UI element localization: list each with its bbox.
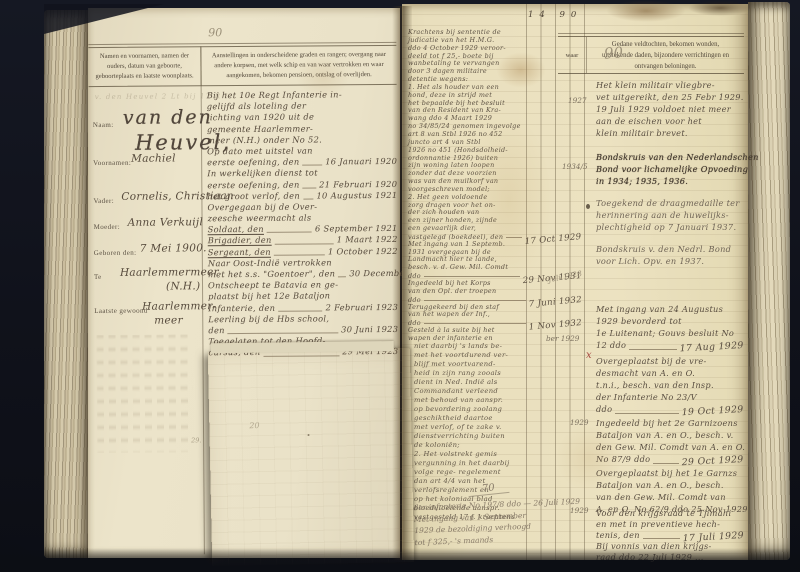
margin-year-7: 1929 bbox=[570, 418, 589, 427]
te-value-line1: Haarlemmermeer bbox=[120, 266, 219, 279]
sentence-text-line: 1926 no 451 (Hondsdolheid- bbox=[408, 146, 582, 154]
sentence-text-line: hond, deze in strijd met bbox=[408, 91, 582, 99]
sentence-text-line: op bevordering zoolang bbox=[414, 405, 566, 414]
sentence-text-line: Commandant verleend bbox=[414, 387, 566, 396]
entry-line: Bond voor lichamelijke Opvoeding bbox=[596, 164, 744, 176]
sentence-text-line: judicatie van het H.M.G. bbox=[408, 36, 582, 44]
sentence-text-line: volge rege- regelement bbox=[414, 468, 566, 477]
bottom-pencil-notes: der infanterie No 197/8 ddo — 26 Juli 19… bbox=[413, 495, 633, 549]
entry-line: Bataljon van A. en O., besch. v. bbox=[596, 430, 744, 442]
left-page-stack-edge bbox=[44, 10, 90, 558]
sentence-text-line: wang ddo 4 Maart 1929 bbox=[408, 114, 582, 122]
sentence-text-line: ddo 4 October 1929 veroor- bbox=[408, 44, 582, 52]
sentence-text-line: met behoud van aanspr. bbox=[414, 396, 566, 405]
entry-indeling-garnizoensbataljon: Ingedeeld bij het 2e GarnizoensBataljon … bbox=[596, 418, 744, 466]
geboren-label: Geboren den: bbox=[94, 249, 137, 257]
entry-line: Overgeplaatst bij het 1e Garnzs bbox=[596, 468, 744, 480]
sentence-text-line: een zijner honden, zijnde bbox=[408, 216, 582, 224]
sentence-text-line: besch. v. d. Gew. Mil. Comdt bbox=[408, 263, 582, 271]
inserted-loose-sheet: 20 bbox=[208, 348, 414, 566]
sentence-text-line: zorg dragen voor het on- bbox=[408, 201, 582, 209]
sentence-text-line: van den Resident van Kra- bbox=[408, 106, 582, 114]
small-margin-mark: 29. bbox=[191, 436, 201, 444]
entry-line: der Infanterie No 23/V bbox=[596, 392, 744, 404]
entry-overplaatsing-vredesmacht: Overgeplaatst bij de vre-desmacht van A.… bbox=[596, 356, 744, 416]
entry-line: klein militair brevet. bbox=[596, 128, 744, 140]
laatste-gewoond-line1: Haarlemmer- bbox=[142, 300, 216, 313]
award-entry-medaille: Toegekend de draagmedaille terherinnerin… bbox=[596, 198, 744, 234]
entry-promotion-luitenant: Met ingang van 24 Augustus1929 bevorderd… bbox=[596, 304, 744, 352]
sentence-text-line: niet daarbij 's lands be- bbox=[414, 342, 566, 351]
sentence-text-line: van den Opl. der troepen bbox=[408, 287, 582, 295]
voornamen-value: Machiel bbox=[131, 152, 176, 164]
sentence-text-column-lower: niet daarbij 's lands be-met het voortdu… bbox=[414, 342, 566, 522]
sentence-text-line: ddo7 Juni 1932 bbox=[408, 295, 582, 303]
sentence-text-line: geschiktheid daartoe bbox=[414, 414, 566, 423]
sentence-text-line: met verlof, of te zake v. bbox=[414, 423, 566, 432]
naam-value-line1: van den bbox=[123, 106, 213, 129]
moeder-label: Moeder: bbox=[94, 223, 121, 231]
sheet-speck bbox=[308, 434, 310, 436]
laatste-gewoond-label: Laatste gewoond bbox=[94, 307, 148, 315]
entry-line: raad ddo 22 Juli 1929 ... bbox=[596, 552, 744, 563]
voornamen-label: Voornamen: bbox=[93, 159, 131, 167]
header-names-column: Namen en voornamen, namen der ouders, da… bbox=[88, 47, 200, 86]
entry-line: Ingedeeld bij het 2e Garnizoens bbox=[596, 418, 744, 430]
entry-line: Toegekend de draagmedaille ter bbox=[596, 198, 744, 210]
te-value-line2: (N.H.) bbox=[166, 280, 200, 292]
sentence-text-line: 2. Het geen voldoende bbox=[408, 193, 582, 201]
red-cross-mark: x bbox=[586, 350, 592, 361]
entry-line: ddo19 Oct 1929 bbox=[596, 404, 744, 416]
sentence-text-line: dient in Ned. Indië als bbox=[414, 378, 566, 387]
sentence-text-line: detentie wegens: bbox=[408, 75, 582, 83]
sentence-text-line: ordonnantie 1926) buiten bbox=[408, 154, 582, 162]
sentence-text-line: juncto art 4 van Stbl bbox=[408, 138, 582, 146]
entry-line: Bij vonnis van dien krijgs- bbox=[596, 541, 744, 552]
sentence-text-line: zonder dat deze voorzien bbox=[408, 169, 582, 177]
vader-label: Vader: bbox=[93, 197, 114, 205]
entry-line: 19 Juli 1929 voldoet niet meer bbox=[596, 104, 744, 116]
sheet-pencil-mark: 20 bbox=[249, 421, 259, 430]
margin-year-2: 1934/5 bbox=[562, 162, 588, 171]
sentence-text-line: art 8 van Stbl 1926 no 452 bbox=[408, 130, 582, 138]
left-page-header-row: Namen en voornamen, namen der ouders, da… bbox=[88, 45, 396, 87]
award-entry-bondskruis: Bondskruis van den NederlandschenBond vo… bbox=[596, 152, 744, 188]
sentence-text-line: blijf met voortvarend- bbox=[414, 360, 566, 369]
sentence-text-line: wanbetaling te vervangen bbox=[408, 59, 582, 67]
sentence-text-column: Krachtens bij sententie dejudicatie van … bbox=[408, 28, 582, 342]
award-entry-bondskruis-1937: Bondskruis v. den Nedrl. Bondvoor Lich. … bbox=[596, 244, 744, 268]
entry-line: vet uitgereikt, den 25 Febr 1929. bbox=[596, 92, 744, 104]
sentence-text-line: een gevaarlijk dier, bbox=[408, 224, 582, 232]
margin-year-1: 1927 bbox=[568, 96, 587, 105]
entry-line: Met ingang van 24 Augustus bbox=[596, 304, 744, 316]
sentence-text-line: heid in zijn rang zooals bbox=[414, 369, 566, 378]
entry-line: 1929 bevorderd tot bbox=[596, 316, 744, 328]
entry-line: 1e Luitenant; Gouvs besluit No bbox=[596, 328, 744, 340]
entry-line: herinnering aan de huwelijks- bbox=[596, 210, 744, 222]
entry-line: Overgeplaatst bij de vre- bbox=[596, 356, 744, 368]
ink-speck bbox=[586, 204, 590, 209]
sentence-text-line: ddo1 Nov 1932 bbox=[408, 318, 582, 326]
sentence-text-line: van het wapen der Inf., bbox=[408, 310, 582, 318]
sentence-text-line: voorgeschreven model; bbox=[408, 185, 582, 193]
sentence-text-line: 1931 overgegaan bij de bbox=[408, 248, 582, 256]
sentence-text-line: zijn woning laten loopen bbox=[408, 161, 582, 169]
sentence-text-line: 1. Het als houder van een bbox=[408, 83, 582, 91]
te-label: Te bbox=[94, 273, 102, 281]
sentence-text-line: 2. Het volstrekt gemis bbox=[414, 450, 566, 459]
sentence-text-line: no 34/85/24 genomen ingevolge bbox=[408, 122, 582, 130]
entry-line: t.n.i., besch. van den Insp. bbox=[596, 380, 744, 392]
entry-line: 12 ddo17 Aug 1929 bbox=[596, 340, 744, 352]
right-page-stack-edge bbox=[748, 2, 790, 560]
right-page: 14 90 waar Gedane veldtochten, bekomen w… bbox=[402, 4, 748, 560]
naam-label: Naam: bbox=[93, 121, 114, 129]
sentence-text-line: vastgelegd (boekdeel), den17 Oct 1929 bbox=[408, 232, 582, 240]
sentence-text-line: met het voortdurend ver- bbox=[414, 351, 566, 360]
entry-line: No 87/9 ddo29 Oct 1929 bbox=[596, 454, 744, 466]
laatste-gewoond-line2: meer bbox=[154, 314, 183, 326]
entry-line: desmacht van A. en O. bbox=[596, 368, 744, 380]
entry-line: in 1934; 1935, 1936. bbox=[596, 176, 744, 188]
right-page-number: 90 bbox=[603, 43, 623, 62]
entry-line: den Gew. Mil. Comdt van A. en O. bbox=[596, 442, 744, 454]
sentence-text-line: vergunning in het daarbij bbox=[414, 459, 566, 468]
moeder-value: Anna Verkuijl bbox=[128, 216, 204, 229]
header-appointments-column: Aanstellingen in onderscheidene graden e… bbox=[200, 46, 396, 85]
entry-line: voor Lich. Opv. en 1937. bbox=[596, 256, 744, 268]
entry-line: Bondskruis van den Nederlandschen bbox=[596, 152, 744, 164]
entry-line: Bondskruis v. den Nedrl. Bond bbox=[596, 244, 744, 256]
sentence-text-line: Landmacht hier te lande, bbox=[408, 255, 582, 263]
left-page-number: 90 bbox=[208, 26, 222, 39]
entry-line: plechtigheid op 7 Januari 1937. bbox=[596, 222, 744, 234]
sentence-text-line: het bepaalde bij het besluit bbox=[408, 99, 582, 107]
service-record-lines: Bij het 10e Regt Infanterie in-gelijfd a… bbox=[207, 89, 399, 359]
sentence-text-line: door 3 dagen militaire bbox=[408, 67, 582, 75]
book-scan-photo: 90 Namen en voornamen, namen der ouders,… bbox=[0, 0, 800, 572]
sentence-text-line: de koloniën; bbox=[414, 441, 566, 450]
entry-line: aan de eischen voor het bbox=[596, 116, 744, 128]
sentence-text-line: dienstverrichting buiten bbox=[414, 432, 566, 441]
entry-line: Bataljon van A. en O., besch. bbox=[596, 480, 744, 492]
margin-year-5: ber 1929 bbox=[546, 334, 579, 343]
sentence-text-line: deeld tot f 25,- boete bij bbox=[408, 52, 582, 60]
top-annotation-marks: 14 90 bbox=[528, 10, 582, 20]
sentence-text-line: was van den muilkorf van bbox=[408, 177, 582, 185]
right-page-header-row: waar Gedane veldtochten, bekomen wonden,… bbox=[558, 36, 744, 74]
entry-line: Het klein militair vliegbre- bbox=[596, 80, 744, 92]
erased-pencil-smudges bbox=[96, 334, 193, 453]
sentence-text-line: der zich houden van bbox=[408, 208, 582, 216]
award-entry-vliegbrevet: Het klein militair vliegbre-vet uitgerei… bbox=[596, 80, 744, 140]
sentence-text-line: Krachtens bij sententie de bbox=[408, 28, 582, 36]
geboren-value: 7 Mei 1900. bbox=[140, 242, 207, 254]
